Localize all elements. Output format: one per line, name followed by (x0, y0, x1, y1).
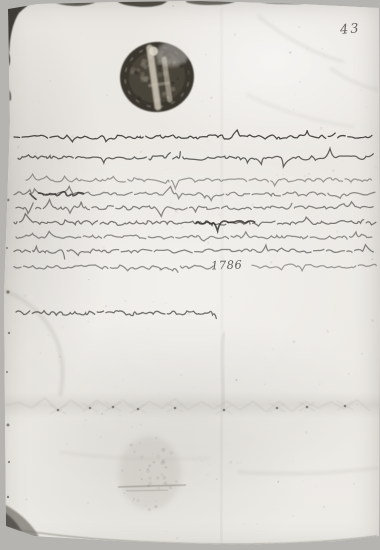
artwork-layer (0, 0, 380, 550)
manuscript-photo: 43 1786 (0, 0, 380, 550)
ink-stain (118, 436, 186, 511)
handwriting-overstrike (196, 221, 255, 231)
handwriting-line (14, 214, 376, 226)
paper-sheet: 43 1786 (0, 0, 380, 550)
date-year: 1786 (211, 257, 243, 272)
handwriting-line (14, 245, 373, 259)
handwriting-line (16, 231, 372, 241)
handwriting-line (18, 149, 373, 167)
handwriting-line (14, 265, 213, 272)
handwriting-line (14, 186, 375, 200)
handwriting-line (26, 174, 371, 188)
handwriting-block (14, 130, 376, 319)
folio-number: 43 (339, 21, 361, 38)
signature-line (16, 311, 216, 319)
handwriting-line (16, 200, 373, 217)
ink-seal (115, 37, 198, 117)
handwriting-line (14, 130, 372, 142)
handwriting-line (252, 264, 376, 271)
